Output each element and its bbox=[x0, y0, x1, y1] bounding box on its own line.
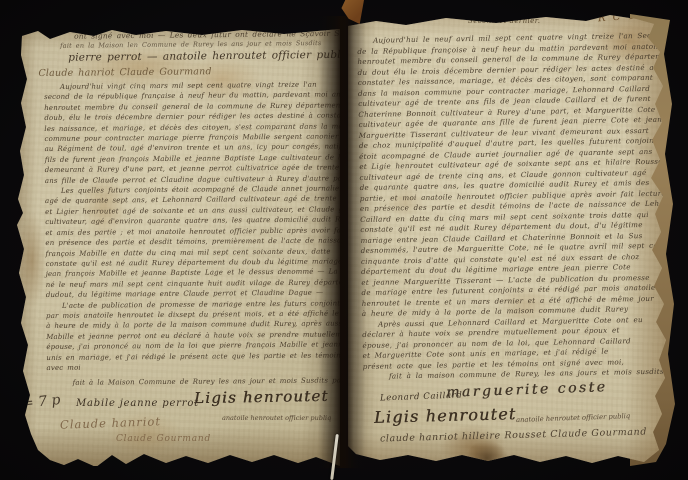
page-header-label: Second et dernier. bbox=[468, 17, 540, 25]
left-page: ont signé avec moi — Les deux futur ont … bbox=[14, 26, 340, 466]
signature-anatoile-henroutet: anatoile henroutet officier publiq bbox=[516, 412, 630, 424]
signature-marguerite-coste: marguerite coste bbox=[446, 379, 608, 401]
manuscript-line: pierre perrot — anatoile henroutet offic… bbox=[68, 49, 348, 65]
left-page-top-block: ont signé avec moi — Les deux futur ont … bbox=[38, 29, 348, 80]
signature-anatoile-henroutet: anatoile henroutet officier publiq bbox=[222, 414, 331, 422]
right-page-body: Aujourd'hui le neuf avril mil sept cent … bbox=[357, 31, 663, 383]
signature-witness-line: claude hanriot hilleire Rousset Claude G… bbox=[380, 427, 647, 445]
ink-blot bbox=[466, 440, 508, 476]
signature-claude-hanriot: Claude hanriot bbox=[60, 414, 161, 432]
signature-claude-gourmand: Claude Gourmand bbox=[116, 434, 211, 444]
paper-stain bbox=[18, 212, 46, 308]
scanned-register-spread: ont signé avec moi — Les deux futur ont … bbox=[0, 0, 688, 480]
left-page-body: Aujourd'hui vingt cinq mars mil sept cen… bbox=[44, 79, 347, 388]
signature-paraph: = 7 p bbox=[21, 392, 61, 412]
right-page: Second et dernier. R C 4 Aujourd'hui le … bbox=[348, 10, 670, 470]
manuscript-line: Claude hanriot Claude Gourmand bbox=[38, 65, 348, 80]
binding-spine-tab bbox=[340, 0, 364, 24]
signature-mabile-jeanne-perrot: Mabile jeanne perrot bbox=[76, 398, 199, 409]
signature-ligis-henroutet: Ligis henroutet bbox=[194, 387, 329, 407]
signature-ligis-henroutet: Ligis henroutet bbox=[374, 404, 517, 427]
